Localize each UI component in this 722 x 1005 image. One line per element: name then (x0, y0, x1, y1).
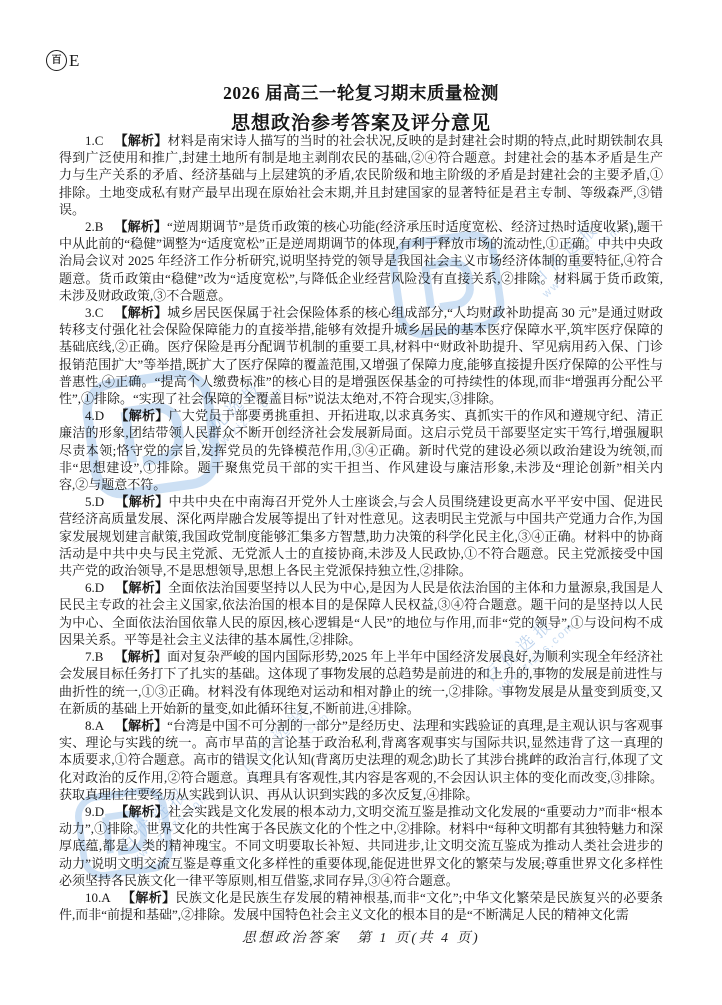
analysis-label: 【解析】 (114, 649, 167, 664)
answer-key-title: 思想政治参考答案及评分意见 (0, 105, 722, 135)
footer-doc-label: 思想政治答案 (242, 931, 341, 946)
answer-item: 6.D【解析】全面依法治国要坚持以人民为中心,是因为人民是依法治国的主体和力量源… (59, 579, 663, 648)
answer-text: 城乡居民医保属于社会保险体系的核心组成部分,“人均财政补助提高 30 元”是通过… (59, 305, 663, 406)
answer-number: 8.A (85, 718, 104, 733)
answer-sheet-page: 百优选报 www.zizzs.com 百优选报 www.zizzs.com 百优… (0, 0, 722, 1005)
exam-title: 2026 届高三一轮复习期末质量检测 (0, 0, 722, 105)
page-footer: 思想政治答案第 1 页(共 4 页) (0, 927, 722, 947)
publisher-circle-mark: 百 (46, 50, 67, 71)
analysis-label: 【解析】 (122, 890, 176, 905)
answer-number: 3.C (85, 305, 103, 320)
answer-number: 1.C (85, 133, 103, 148)
analysis-label: 【解析】 (115, 580, 168, 595)
answer-number: 10.A (85, 890, 111, 905)
answer-item: 8.A【解析】“台湾是中国不可分割的一部分”是经历史、法理和实践验证的真理,是主… (59, 717, 663, 803)
analysis-label: 【解析】 (114, 305, 167, 320)
analysis-label: 【解析】 (115, 718, 167, 733)
answer-number: 4.D (85, 408, 104, 423)
answer-item: 1.C【解析】材料是南宋诗人描写的当时的社会状况,反映的是封建社会时期的特点,此… (59, 132, 663, 218)
analysis-label: 【解析】 (114, 133, 167, 148)
footer-page-number: 第 1 页(共 4 页) (357, 931, 480, 946)
analysis-label: 【解析】 (115, 804, 168, 819)
answer-item: 9.D【解析】社会实践是文化发展的根本动力,文明交流互鉴是推动文化发展的“重要动… (59, 803, 663, 889)
analysis-label: 【解析】 (115, 408, 168, 423)
answer-number: 6.D (85, 580, 104, 595)
publisher-suffix: E (69, 51, 79, 71)
answer-number: 5.D (85, 494, 104, 509)
answer-list: 1.C【解析】材料是南宋诗人描写的当时的社会状况,反映的是封建社会时期的特点,此… (59, 132, 663, 923)
answer-number: 7.B (85, 649, 103, 664)
analysis-label: 【解析】 (115, 494, 168, 509)
analysis-label: 【解析】 (114, 219, 167, 234)
publisher-badge: 百E (46, 50, 79, 71)
answer-item: 5.D【解析】中共中央在中南海召开党外人士座谈会,与会人员围绕建设更高水平平安中… (59, 493, 663, 579)
answer-item: 4.D【解析】广大党员干部要勇挑重担、开拓进取,以求真务实、真抓实干的作风和遵规… (59, 407, 663, 493)
answer-number: 2.B (85, 219, 103, 234)
answer-item: 3.C【解析】城乡居民医保属于社会保险体系的核心组成部分,“人均财政补助提高 3… (59, 304, 663, 407)
answer-item: 7.B【解析】面对复杂严峻的国内国际形势,2025 年上半年中国经济发展良好,为… (59, 648, 663, 717)
answer-item: 2.B【解析】“逆周期调节”是货币政策的核心功能(经济承压时适度宽松、经济过热时… (59, 218, 663, 304)
answer-number: 9.D (85, 804, 104, 819)
answer-item: 10.A【解析】民族文化是民族生存发展的精神根基,而非“文化”;中华文化繁荣是民… (59, 889, 663, 923)
